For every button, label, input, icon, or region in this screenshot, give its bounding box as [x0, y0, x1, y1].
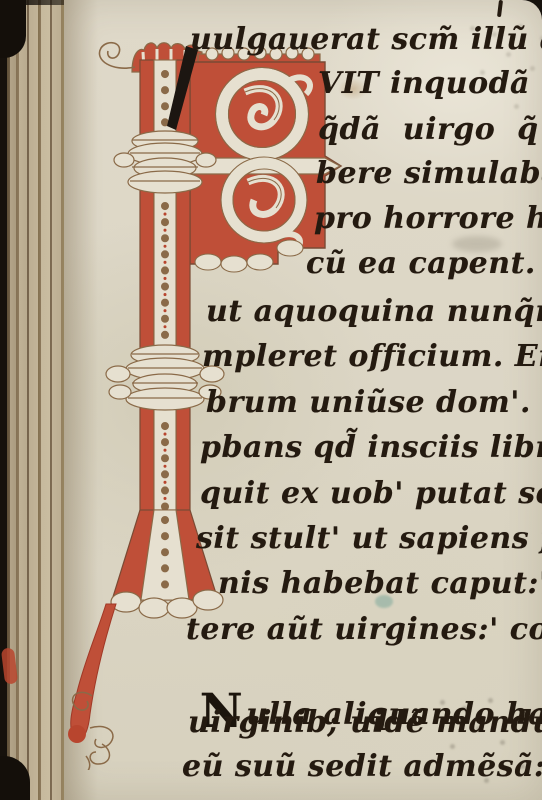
text-line: cũ ea capent. Tali [306, 246, 542, 281]
text-line: pro horrore habeb [314, 201, 542, 236]
text-line: ut aquoquina nunq̃m uec [206, 294, 542, 329]
text-line: quit ex uob' putat se ẽẽ [200, 476, 542, 511]
text-line: bere simulabat: [316, 156, 542, 191]
text-line: q̃dã uirgo q̃ st [318, 112, 542, 147]
text-line: uirginib; uidẽ manducan [188, 705, 542, 740]
text-line: brum uniũse dom'. expo [206, 385, 542, 420]
initial-tail [68, 604, 116, 770]
text-line: pbans qd̃ insciis libris sci [200, 430, 542, 465]
text-line: uulgauerat scm̃ illũ abangi [190, 22, 542, 57]
text-line: tere aũt uirgines:' conse [186, 612, 542, 647]
text-line: eũ suũ sedit admẽsã: an [182, 749, 542, 784]
text-line: sit stult' ut sapiens fiat. [196, 521, 542, 556]
pen-curl-flourish [99, 43, 135, 68]
text-line: mpleret officium. Erat [202, 339, 542, 374]
manuscript-photo: uulgauerat scm̃ illũ abangi VIT inquodã … [0, 0, 542, 800]
text-line: nis habebat caput:' 7 ita e [218, 566, 542, 601]
text-line: VIT inquodã mor [318, 66, 542, 101]
